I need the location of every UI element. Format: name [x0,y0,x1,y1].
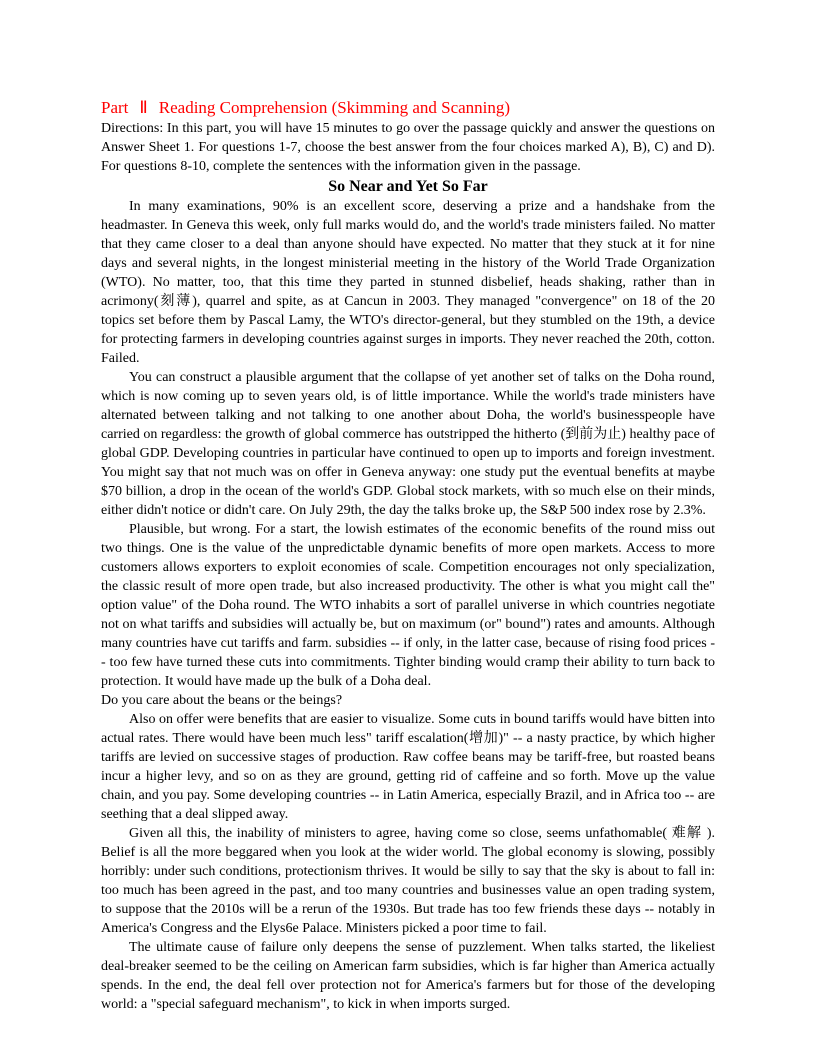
directions-text: Directions: In this part, you will have … [101,119,715,176]
passage-title: So Near and Yet So Far [101,176,715,197]
passage-paragraph: Also on offer were benefits that are eas… [101,710,715,824]
part-numeral: Ⅱ [139,96,147,119]
passage-paragraph: The ultimate cause of failure only deepe… [101,938,715,1014]
page-content: PartⅡReading Comprehension (Skimming and… [101,96,715,1014]
passage-paragraph: Given all this, the inability of ministe… [101,824,715,938]
part-title-text: Reading Comprehension (Skimming and Scan… [159,98,510,117]
part-label: Part [101,98,128,117]
document-page: PartⅡReading Comprehension (Skimming and… [0,0,816,1056]
passage-paragraph: Do you care about the beans or the being… [101,691,715,710]
passage-paragraph: In many examinations, 90% is an excellen… [101,197,715,368]
passage-paragraph: Plausible, but wrong. For a start, the l… [101,520,715,691]
passage-paragraph: You can construct a plausible argument t… [101,368,715,520]
part-title: PartⅡReading Comprehension (Skimming and… [101,96,715,119]
